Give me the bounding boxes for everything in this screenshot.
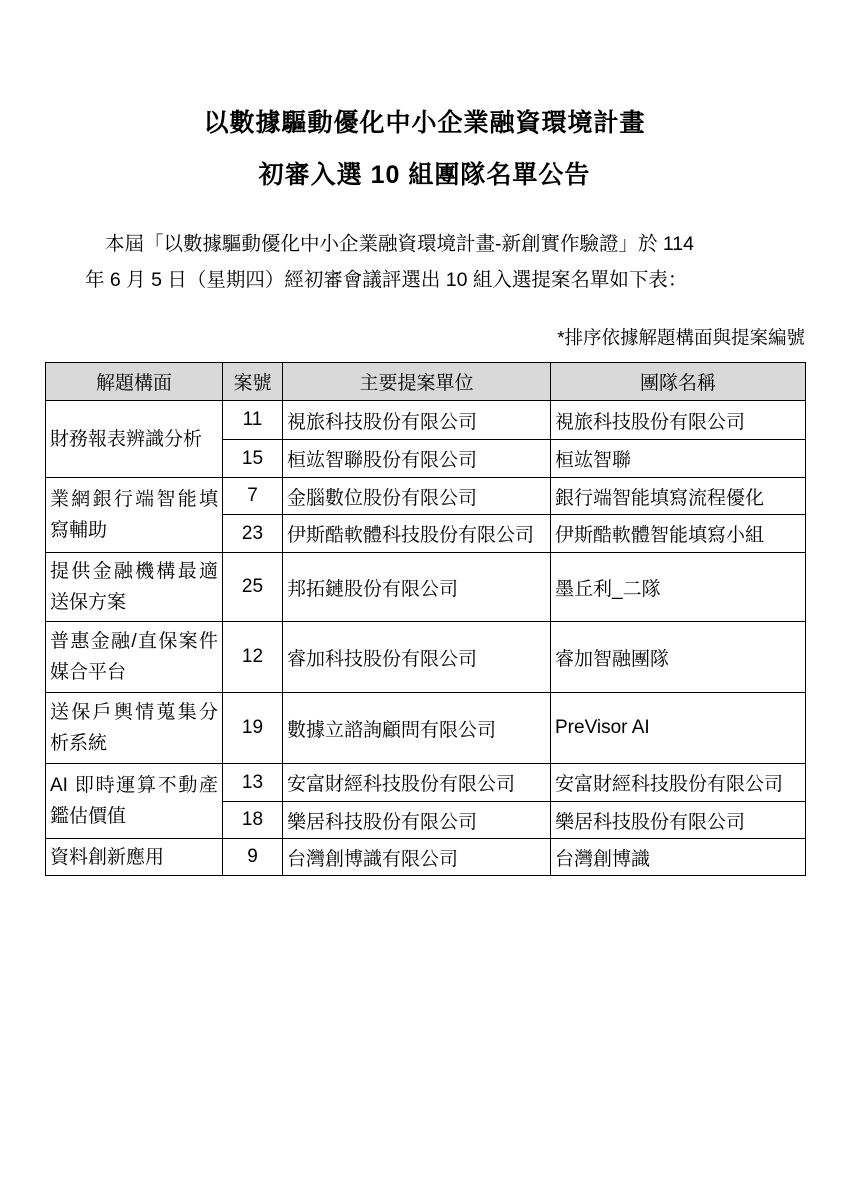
case-no-cell: 19 [223, 693, 283, 764]
document-subtitle: 初審入選 10 組團隊名單公告 [0, 156, 849, 194]
team-cell: 銀行端智能填寫流程優化 [551, 478, 806, 515]
team-cell: 桓竑智聯 [551, 440, 806, 478]
proposer-cell: 數據立諮詢顧問有限公司 [283, 693, 551, 764]
proposer-cell: 桓竑智聯股份有限公司 [283, 440, 551, 478]
team-cell: 伊斯酷軟體智能填寫小組 [551, 515, 806, 553]
category-cell: 提供金融機構最適送保方案 [46, 553, 223, 622]
proposer-cell: 視旅科技股份有限公司 [283, 401, 551, 440]
category-cell: 送保戶輿情蒐集分析系統 [46, 693, 223, 764]
document-page: 以數據驅動優化中小企業融資環境計畫 初審入選 10 組團隊名單公告 本屆「以數據… [0, 0, 849, 1200]
case-no-cell: 9 [223, 839, 283, 876]
case-no-cell: 23 [223, 515, 283, 553]
team-cell: 台灣創博識 [551, 839, 806, 876]
team-cell: 安富財經科技股份有限公司 [551, 764, 806, 802]
header-cell-case-no: 案號 [223, 363, 283, 401]
category-cell: 財務報表辨識分析 [46, 401, 223, 478]
table-row: 送保戶輿情蒐集分析系統 19 數據立諮詢顧問有限公司 PreVisor AI [46, 693, 806, 764]
case-no-cell: 18 [223, 802, 283, 839]
case-no-cell: 7 [223, 478, 283, 515]
team-cell: 墨丘利_二隊 [551, 553, 806, 622]
proposer-cell: 安富財經科技股份有限公司 [283, 764, 551, 802]
selected-teams-table: 解題構面 案號 主要提案單位 團隊名稱 財務報表辨識分析 11 視旅科技股份有限… [45, 362, 806, 876]
case-no-cell: 15 [223, 440, 283, 478]
header-cell-category: 解題構面 [46, 363, 223, 401]
table-row: 財務報表辨識分析 11 視旅科技股份有限公司 視旅科技股份有限公司 [46, 401, 806, 440]
paragraph-line-1: 本屆「以數據驅動優化中小企業融資環境計畫-新創實作驗證」於 114 [85, 226, 769, 262]
team-cell: 睿加智融團隊 [551, 622, 806, 693]
proposer-cell: 樂居科技股份有限公司 [283, 802, 551, 839]
table-row: AI 即時運算不動產鑑估價值 13 安富財經科技股份有限公司 安富財經科技股份有… [46, 764, 806, 802]
proposer-cell: 台灣創博識有限公司 [283, 839, 551, 876]
header-cell-team: 團隊名稱 [551, 363, 806, 401]
document-title: 以數據驅動優化中小企業融資環境計畫 [0, 0, 849, 142]
team-cell: PreVisor AI [551, 693, 806, 764]
table-row: 資料創新應用 9 台灣創博識有限公司 台灣創博識 [46, 839, 806, 876]
intro-paragraph: 本屆「以數據驅動優化中小企業融資環境計畫-新創實作驗證」於 114 年 6 月 … [85, 226, 769, 298]
proposer-cell: 睿加科技股份有限公司 [283, 622, 551, 693]
category-cell: 普惠金融/直保案件媒合平台 [46, 622, 223, 693]
table-sort-note: *排序依據解題構面與提案編號 [0, 326, 805, 350]
proposer-cell: 邦拓鏈股份有限公司 [283, 553, 551, 622]
table-header-row: 解題構面 案號 主要提案單位 團隊名稱 [46, 363, 806, 401]
category-cell: 業網銀行端智能填寫輔助 [46, 478, 223, 553]
category-cell: AI 即時運算不動產鑑估價值 [46, 764, 223, 839]
table-row: 普惠金融/直保案件媒合平台 12 睿加科技股份有限公司 睿加智融團隊 [46, 622, 806, 693]
table-row: 提供金融機構最適送保方案 25 邦拓鏈股份有限公司 墨丘利_二隊 [46, 553, 806, 622]
team-cell: 視旅科技股份有限公司 [551, 401, 806, 440]
table-row: 業網銀行端智能填寫輔助 7 金腦數位股份有限公司 銀行端智能填寫流程優化 [46, 478, 806, 515]
case-no-cell: 11 [223, 401, 283, 440]
header-cell-proposer: 主要提案單位 [283, 363, 551, 401]
case-no-cell: 25 [223, 553, 283, 622]
proposer-cell: 伊斯酷軟體科技股份有限公司 [283, 515, 551, 553]
proposer-cell: 金腦數位股份有限公司 [283, 478, 551, 515]
case-no-cell: 13 [223, 764, 283, 802]
paragraph-line-2: 年 6 月 5 日（星期四）經初審會議評選出 10 組入選提案名單如下表： [85, 262, 769, 298]
team-cell: 樂居科技股份有限公司 [551, 802, 806, 839]
category-cell: 資料創新應用 [46, 839, 223, 876]
case-no-cell: 12 [223, 622, 283, 693]
